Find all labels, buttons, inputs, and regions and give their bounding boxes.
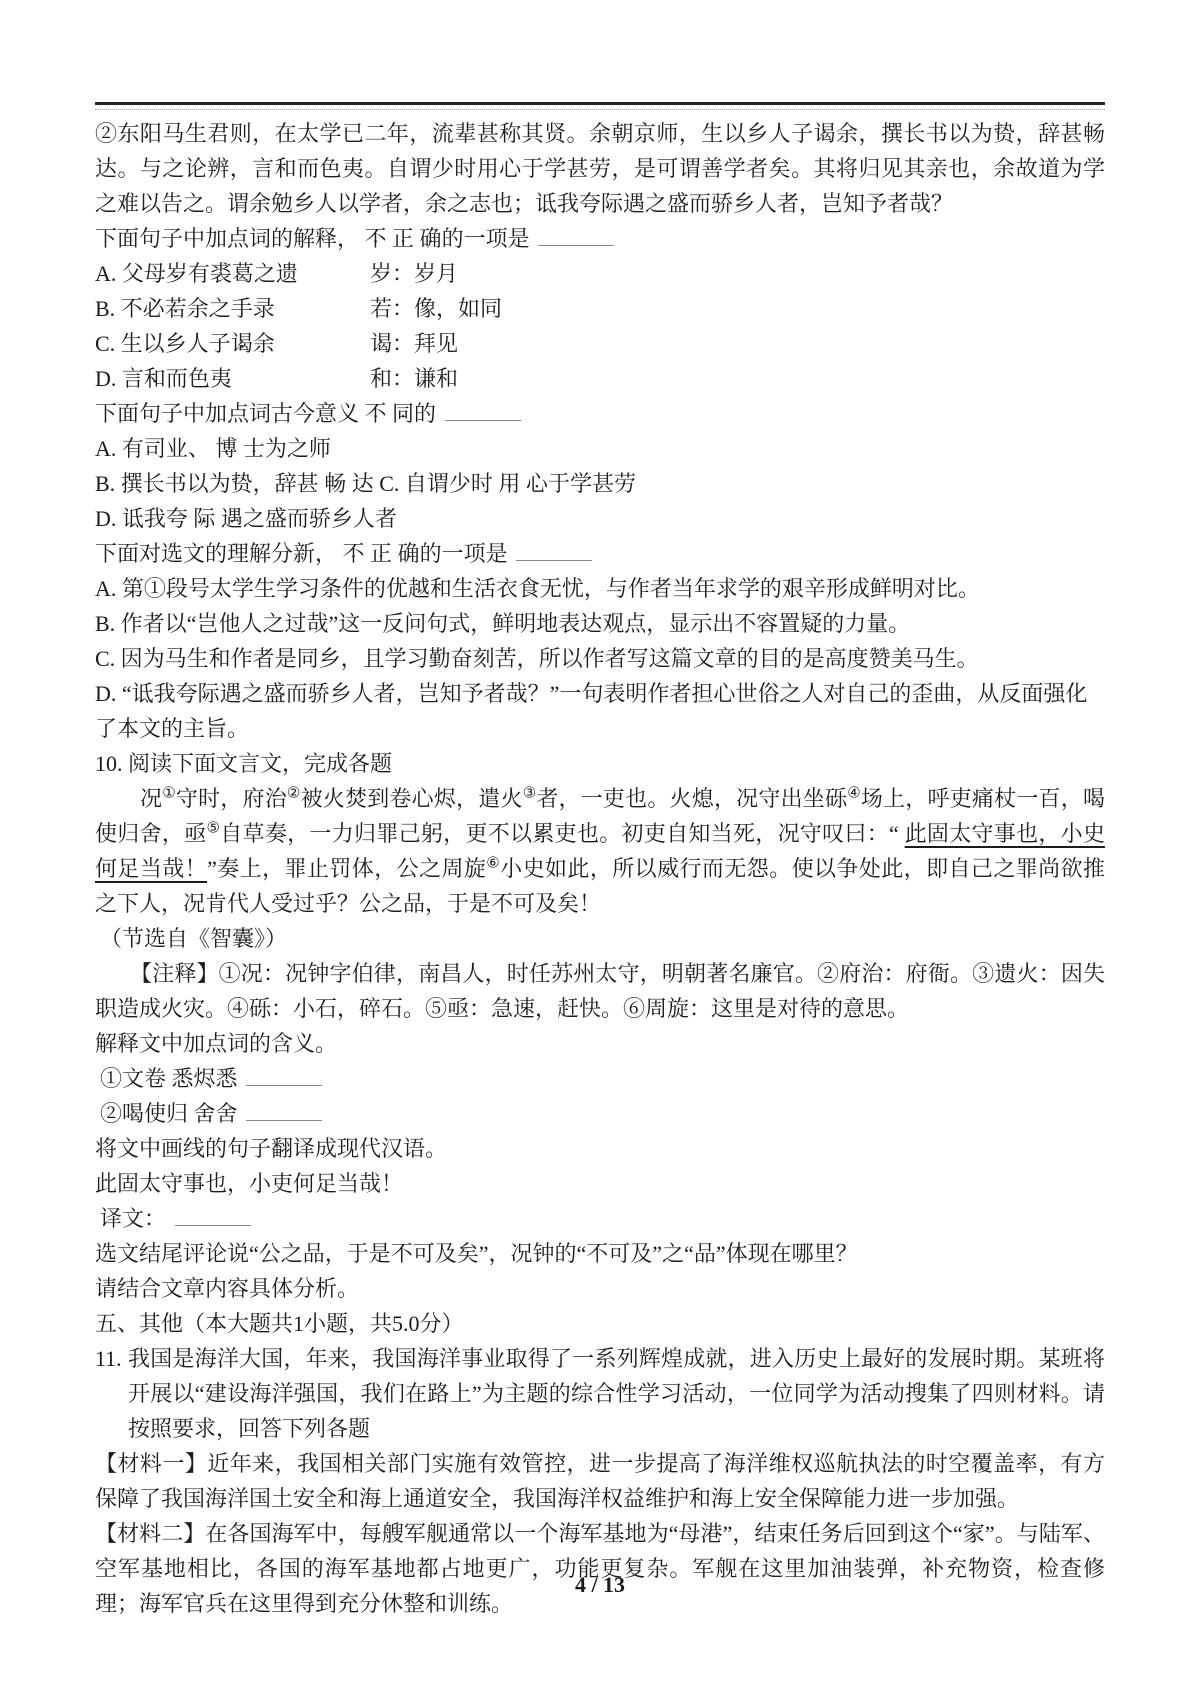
document-body: ②东阳马生君则，在太学已二年，流辈甚称其贤。余朝京师，生以乡人子谒余，撰长书以为… bbox=[95, 116, 1105, 1621]
item-number: 11. bbox=[95, 1341, 122, 1376]
option-d: D. 言和而色夷和：谦和 bbox=[95, 361, 1105, 396]
item-10: 10.阅读下面文言文，完成各题 bbox=[95, 746, 1105, 781]
explain-instruction: 解释文中加点词的含义。 bbox=[95, 1026, 1105, 1061]
option-text: C. 生以乡人子谒余 bbox=[95, 326, 370, 361]
blank-question-2: ②喝使归 舍舍 bbox=[95, 1096, 1105, 1131]
option-c: C. 因为马生和作者是同乡，且学习勤奋刻苦，所以作者写这篇文章的目的是高度赞美马… bbox=[95, 641, 1105, 676]
sentence-to-translate: 此固太守事也，小吏何足当哉！ bbox=[95, 1166, 1105, 1201]
option-d: D. “诋我夸际遇之盛而骄乡人者，岂知予者哉？”一句表明作者担心世俗之人对自己的… bbox=[95, 676, 1105, 746]
q-ancient-modern-stem: 下面句子中加点词古今意义 不 同的 bbox=[95, 396, 1105, 431]
option-explanation: 岁：岁月 bbox=[370, 256, 458, 291]
option-c: C. 生以乡人子谒余谒：拜见 bbox=[95, 326, 1105, 361]
option-text: A. 父母岁有裘葛之遗 bbox=[95, 256, 370, 291]
translation-blank: 译文： bbox=[95, 1201, 1105, 1236]
option-text: B. 不必若余之手录 bbox=[95, 291, 370, 326]
answer-blank bbox=[516, 555, 592, 561]
option-explanation: 若：像，如同 bbox=[370, 291, 502, 326]
option-a: A. 第①段号太学生学习条件的优越和生活衣食无忧，与作者当年求学的艰辛形成鲜明对… bbox=[95, 571, 1105, 606]
final-question: 选文结尾评论说“公之品，于是不可及矣”，况钟的“不可及”之“品”体现在哪里？ bbox=[95, 1236, 1105, 1271]
answer-blank bbox=[445, 415, 521, 421]
header-rule bbox=[95, 102, 1105, 110]
option-a: A. 有司业、 博 士为之师 bbox=[95, 431, 1105, 466]
q-word-explain-stem: 下面句子中加点词的解释， 不 正 确的一项是 bbox=[95, 221, 1105, 256]
final-question-2: 请结合文章内容具体分析。 bbox=[95, 1271, 1105, 1306]
exam-page: ②东阳马生君则，在太学已二年，流辈甚称其贤。余朝京师，生以乡人子谒余，撰长书以为… bbox=[0, 0, 1200, 1698]
section-5-heading: 五、其他（本大题共1小题，共5.0分） bbox=[95, 1306, 1105, 1341]
translate-instruction: 将文中画线的句子翻译成现代汉语。 bbox=[95, 1131, 1105, 1166]
option-explanation: 谒：拜见 bbox=[370, 326, 458, 361]
option-bc: B. 撰长书以为贽，辞甚 畅 达 C. 自谓少时 用 心于学甚劳 bbox=[95, 466, 1105, 501]
item-text: 我国是海洋大国，年来，我国海洋事业取得了一系列辉煌成就，进入历史上最好的发展时期… bbox=[128, 1346, 1105, 1441]
option-explanation: 和：谦和 bbox=[370, 361, 458, 396]
option-d: D. 诋我夸 际 遇之盛而骄乡人者 bbox=[95, 501, 1105, 536]
q-comprehension-stem: 下面对选文的理解分新， 不 正 确的一项是 bbox=[95, 536, 1105, 571]
source-line: （节选自《智囊》） bbox=[95, 921, 1105, 956]
item-11: 11.我国是海洋大国，年来，我国海洋事业取得了一系列辉煌成就，进入历史上最好的发… bbox=[95, 1341, 1105, 1446]
answer-blank bbox=[246, 1080, 322, 1086]
classical-passage: 况①守时，府治②被火焚到卷心烬，遣火③者，一吏也。火熄，况守出坐砾④场上，呼吏痛… bbox=[95, 781, 1105, 921]
material-2: 【材料二】在各国海军中，每艘军舰通常以一个海军基地为“母港”，结束任务后回到这个… bbox=[95, 1516, 1105, 1621]
answer-blank bbox=[175, 1220, 251, 1226]
option-text: D. 言和而色夷 bbox=[95, 361, 370, 396]
material-1: 【材料一】近年来，我国相关部门实施有效管控，进一步提高了海洋维权巡航执法的时空覆… bbox=[95, 1446, 1105, 1516]
item-number: 10. bbox=[95, 746, 123, 781]
item-text: 阅读下面文言文，完成各题 bbox=[128, 751, 392, 776]
blank-question-1: ①文卷 悉烬悉 bbox=[95, 1061, 1105, 1096]
page-number: 4 / 13 bbox=[0, 1572, 1200, 1598]
option-b: B. 不必若余之手录若：像，如同 bbox=[95, 291, 1105, 326]
option-a: A. 父母岁有裘葛之遗岁：岁月 bbox=[95, 256, 1105, 291]
answer-blank bbox=[538, 240, 614, 246]
answer-blank bbox=[246, 1115, 322, 1121]
passage-part2: ②东阳马生君则，在太学已二年，流辈甚称其贤。余朝京师，生以乡人子谒余，撰长书以为… bbox=[95, 116, 1105, 221]
notes: 【注释】①况：况钟字伯律，南昌人，时任苏州太守，明朝著名廉官。②府治：府衙。③遗… bbox=[95, 956, 1105, 1026]
option-b: B. 作者以“岂他人之过哉”这一反问句式，鲜明地表达观点，显示出不容置疑的力量。 bbox=[95, 606, 1105, 641]
